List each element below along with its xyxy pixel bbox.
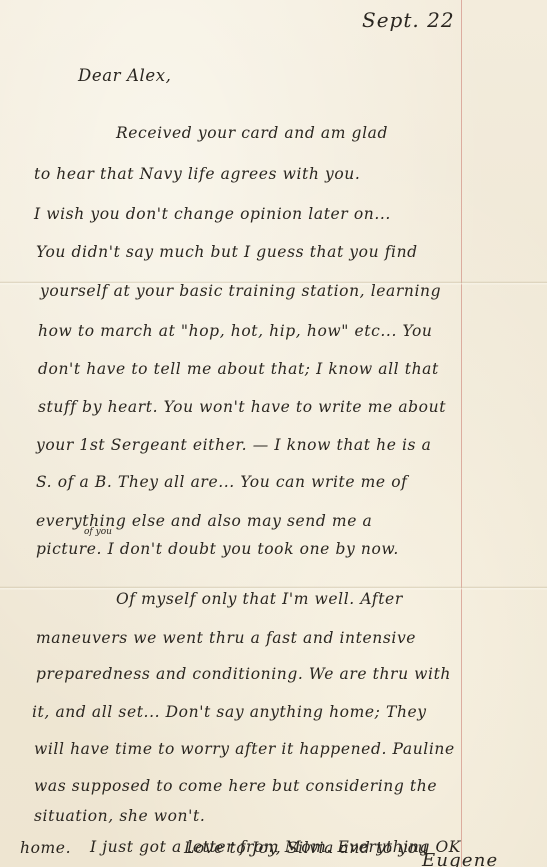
- letter-line: Of myself only that I'm well. After: [116, 590, 403, 608]
- letter-line: Received your card and am glad: [116, 124, 388, 142]
- letter-page: Sept. 22 Dear Alex, Received your card a…: [0, 0, 547, 867]
- letter-line: it, and all set... Don't say anything ho…: [32, 703, 427, 721]
- letter-salutation: Dear Alex,: [78, 66, 171, 85]
- letter-line: your 1st Sergeant either. — I know that …: [36, 436, 431, 454]
- letter-line: S. of a B. They all are... You can write…: [36, 473, 408, 491]
- letter-line: don't have to tell me about that; I know…: [38, 360, 439, 378]
- letter-line: yourself at your basic training station,…: [40, 282, 441, 300]
- letter-line: I wish you don't change opinion later on…: [34, 205, 391, 223]
- letter-line: will have time to worry after it happene…: [34, 740, 455, 758]
- letter-date: Sept. 22: [362, 8, 455, 32]
- letter-line: home.: [20, 839, 71, 857]
- letter-closing: Love to Joy, Silvia and to you: [184, 839, 428, 857]
- letter-line: You didn't say much but I guess that you…: [36, 243, 418, 261]
- letter-line: preparedness and conditioning. We are th…: [36, 665, 451, 683]
- letter-signature: Eugene: [422, 850, 498, 867]
- letter-line: situation, she won't.: [34, 807, 205, 825]
- letter-line: to hear that Navy life agrees with you.: [34, 165, 360, 183]
- letter-insertion: of you: [84, 527, 112, 537]
- letter-line: stuff by heart. You won't have to write …: [38, 398, 446, 416]
- letter-line: was supposed to come here but considerin…: [34, 777, 437, 795]
- letter-line: picture. I don't doubt you took one by n…: [36, 540, 399, 558]
- red-margin-line: [461, 0, 462, 867]
- letter-line: how to march at "hop, hot, hip, how" etc…: [38, 322, 433, 340]
- letter-line: maneuvers we went thru a fast and intens…: [36, 629, 416, 647]
